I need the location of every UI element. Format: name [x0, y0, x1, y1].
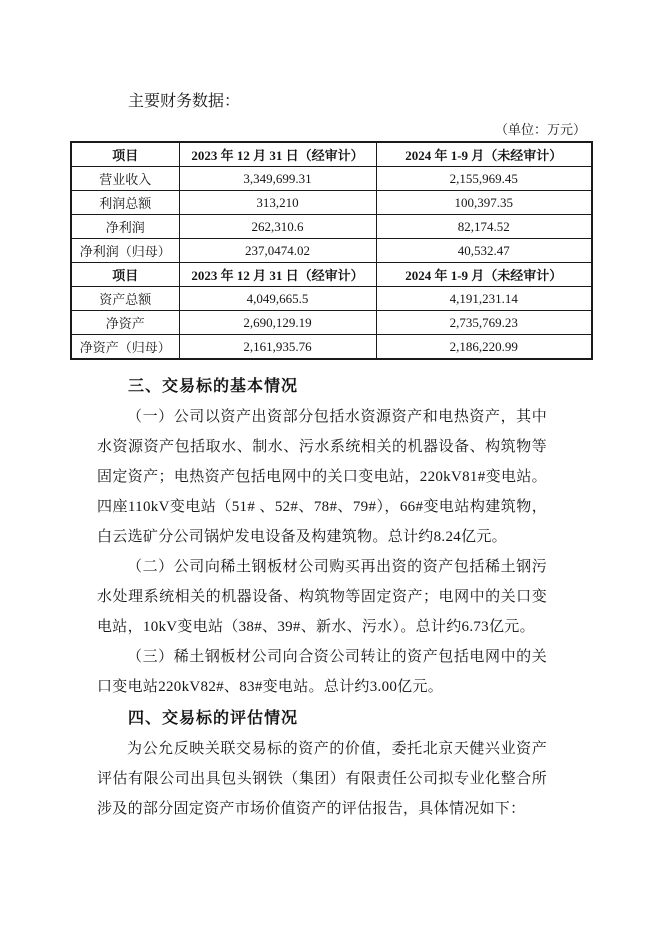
table-row: 营业收入 3,349,699.31 2,155,969.45 [71, 167, 592, 191]
document-page: 主要财务数据： （单位：万元） 项目 2023 年 12 月 31 日（经审计）… [0, 0, 660, 933]
table-row: 资产总额 4,049,665.5 4,191,231.14 [71, 287, 592, 311]
table-header-row: 项目 2023 年 12 月 31 日（经审计） 2024 年 1-9 月（未经… [71, 263, 592, 287]
table-cell: 2,186,220.99 [376, 335, 592, 360]
section-heading-4: 四、交易标的评估情况 [97, 704, 547, 734]
table-cell: 313,210 [179, 191, 376, 215]
table-row: 净资产（归母） 2,161,935.76 2,186,220.99 [71, 335, 592, 360]
table-row: 利润总额 313,210 100,397.35 [71, 191, 592, 215]
table-cell: 2024 年 1-9 月（未经审计） [376, 142, 592, 167]
table-cell: 100,397.35 [376, 191, 592, 215]
table-cell: 净资产（归母） [71, 335, 179, 360]
doc-title: 主要财务数据： [0, 0, 660, 112]
table-cell: 项目 [71, 142, 179, 167]
table-cell: 净利润 [71, 215, 179, 239]
unit-note: （单位：万元） [70, 122, 586, 138]
table-cell: 资产总额 [71, 287, 179, 311]
table-cell: 2023 年 12 月 31 日（经审计） [179, 263, 376, 287]
table-cell: 40,532.47 [376, 239, 592, 263]
table-cell: 项目 [71, 263, 179, 287]
paragraph-valuation: 为公允反映关联交易标的资产的价值，委托北京天健兴业资产评估有限公司出具包头钢铁（… [97, 734, 547, 824]
table-cell: 2,735,769.23 [376, 311, 592, 335]
table-cell: 2,690,129.19 [179, 311, 376, 335]
table-cell: 营业收入 [71, 167, 179, 191]
table-cell: 237,0474.02 [179, 239, 376, 263]
table-cell: 2023 年 12 月 31 日（经审计） [179, 142, 376, 167]
financial-data-table: 项目 2023 年 12 月 31 日（经审计） 2024 年 1-9 月（未经… [70, 141, 593, 360]
table-cell: 3,349,699.31 [179, 167, 376, 191]
paragraph-asset-contribution: （一）公司以资产出资部分包括水资源资产和电热资产，其中水资源资产包括取水、制水、… [97, 402, 547, 552]
paragraph-purchase-recontribution: （二）公司向稀土钢板材公司购买再出资的资产包括稀土钢污水处理系统相关的机器设备、… [97, 552, 547, 642]
table-cell: 4,191,231.14 [376, 287, 592, 311]
table-cell: 2,155,969.45 [376, 167, 592, 191]
table-cell: 82,174.52 [376, 215, 592, 239]
table-cell: 262,310.6 [179, 215, 376, 239]
table-row: 净利润 262,310.6 82,174.52 [71, 215, 592, 239]
table-cell: 利润总额 [71, 191, 179, 215]
paragraph-transfer: （三）稀土钢板材公司向合资公司转让的资产包括电网中的关口变电站220kV82#、… [97, 642, 547, 702]
table-row: 净利润（归母） 237,0474.02 40,532.47 [71, 239, 592, 263]
table-header-row: 项目 2023 年 12 月 31 日（经审计） 2024 年 1-9 月（未经… [71, 142, 592, 167]
table-cell: 2,161,935.76 [179, 335, 376, 360]
table-cell: 2024 年 1-9 月（未经审计） [376, 263, 592, 287]
document-body: 三、交易标的基本情况 （一）公司以资产出资部分包括水资源资产和电热资产，其中水资… [97, 372, 547, 824]
table-cell: 净资产 [71, 311, 179, 335]
section-heading-3: 三、交易标的基本情况 [97, 372, 547, 402]
table-row: 净资产 2,690,129.19 2,735,769.23 [71, 311, 592, 335]
table-cell: 净利润（归母） [71, 239, 179, 263]
table-cell: 4,049,665.5 [179, 287, 376, 311]
